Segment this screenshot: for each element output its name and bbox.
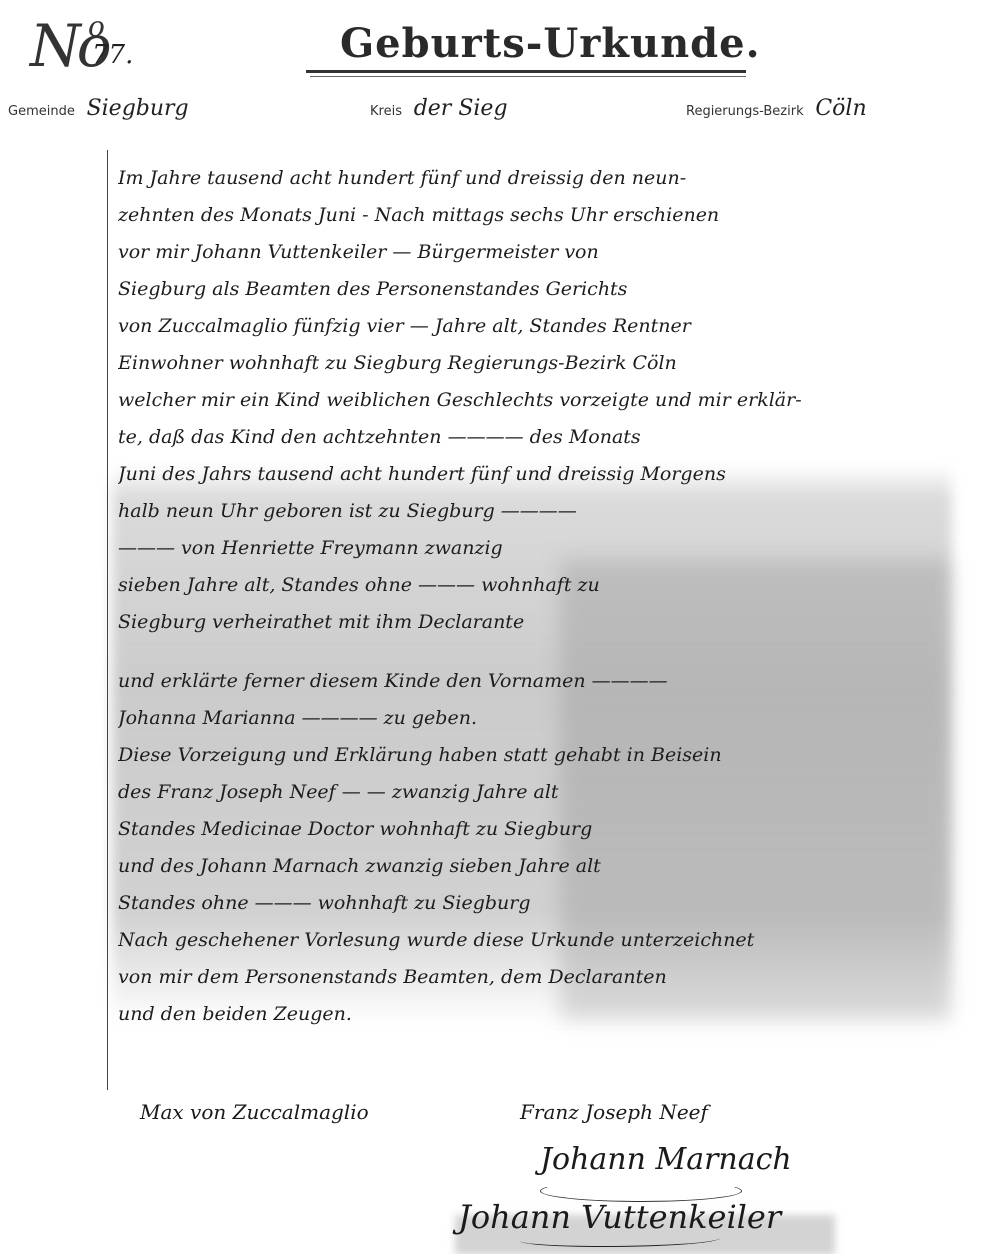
body-line: zehnten des Monats Juni - Nach mittags s…: [118, 197, 968, 234]
regierungsbezirk-value: Cöln: [815, 96, 866, 121]
body-line: vor mir Johann Vuttenkeiler — Bürgermeis…: [118, 234, 968, 271]
title-underline: [306, 70, 746, 73]
kreis-label: Kreis: [370, 104, 402, 119]
body-line: halb neun Uhr geboren ist zu Siegburg ——…: [118, 493, 968, 530]
body-line: te, daß das Kind den achtzehnten ———— de…: [118, 419, 968, 456]
document-title: Geburts-Urkunde.: [340, 20, 761, 67]
regierungsbezirk-label: Regierungs-Bezirk: [686, 104, 804, 119]
body-line: welcher mir ein Kind weiblichen Geschlec…: [118, 382, 968, 419]
birth-certificate-page: No o 77. Geburts-Urkunde. Gemeinde Siegb…: [0, 0, 984, 1254]
gemeinde-label: Gemeinde: [8, 104, 75, 119]
signature-witness1: Franz Joseph Neef: [520, 1100, 708, 1124]
signature-declarant: Max von Zuccalmaglio: [140, 1100, 369, 1124]
body-line: von mir dem Personenstands Beamten, dem …: [118, 959, 968, 996]
gemeinde-value: Siegburg: [87, 96, 189, 121]
body-line: Siegburg verheirathet mit ihm Declarante: [118, 604, 968, 641]
body-line: Juni des Jahrs tausend acht hundert fünf…: [118, 456, 968, 493]
body-line: Standes ohne ——— wohnhaft zu Siegburg: [118, 885, 968, 922]
body-line: sieben Jahre alt, Standes ohne ——— wohnh…: [118, 567, 968, 604]
body-line: ——— von Henriette Freymann zwanzig: [118, 530, 968, 567]
signature-flourish-official: [520, 1232, 720, 1247]
body-line: Nach geschehener Vorlesung wurde diese U…: [118, 922, 968, 959]
header-kreis: Kreis der Sieg: [370, 96, 508, 121]
signature-official: Johann Vuttenkeiler: [458, 1198, 781, 1236]
signature-witness2: Johann Marnach: [540, 1142, 792, 1177]
body-line: Im Jahre tausend acht hundert fünf und d…: [118, 160, 968, 197]
body-line: Johanna Marianna ———— zu geben.: [118, 700, 968, 737]
body-line: und des Johann Marnach zwanzig sieben Ja…: [118, 848, 968, 885]
body-line: Standes Medicinae Doctor wohnhaft zu Sie…: [118, 811, 968, 848]
header-regierungsbezirk: Regierungs-Bezirk Cöln: [686, 96, 867, 121]
header-gemeinde: Gemeinde Siegburg: [8, 96, 189, 121]
record-number-superscript: o: [88, 10, 105, 43]
body-line: Einwohner wohnhaft zu Siegburg Regierung…: [118, 345, 968, 382]
signature-block: Max von Zuccalmaglio Franz Joseph Neef J…: [140, 1100, 940, 1254]
margin-rule: [107, 150, 108, 1090]
body-line: des Franz Joseph Neef — — zwanzig Jahre …: [118, 774, 968, 811]
title-underline-thin: [310, 76, 746, 77]
certificate-body: Im Jahre tausend acht hundert fünf und d…: [118, 160, 968, 1033]
record-number-value: 77.: [92, 40, 133, 70]
kreis-value: der Sieg: [414, 96, 508, 121]
body-line: von Zuccalmaglio fünfzig vier — Jahre al…: [118, 308, 968, 345]
body-line: und den beiden Zeugen.: [118, 996, 968, 1033]
body-line: und erklärte ferner diesem Kinde den Vor…: [118, 663, 968, 700]
body-line: Diese Vorzeigung und Erklärung haben sta…: [118, 737, 968, 774]
body-line: Siegburg als Beamten des Personenstandes…: [118, 271, 968, 308]
